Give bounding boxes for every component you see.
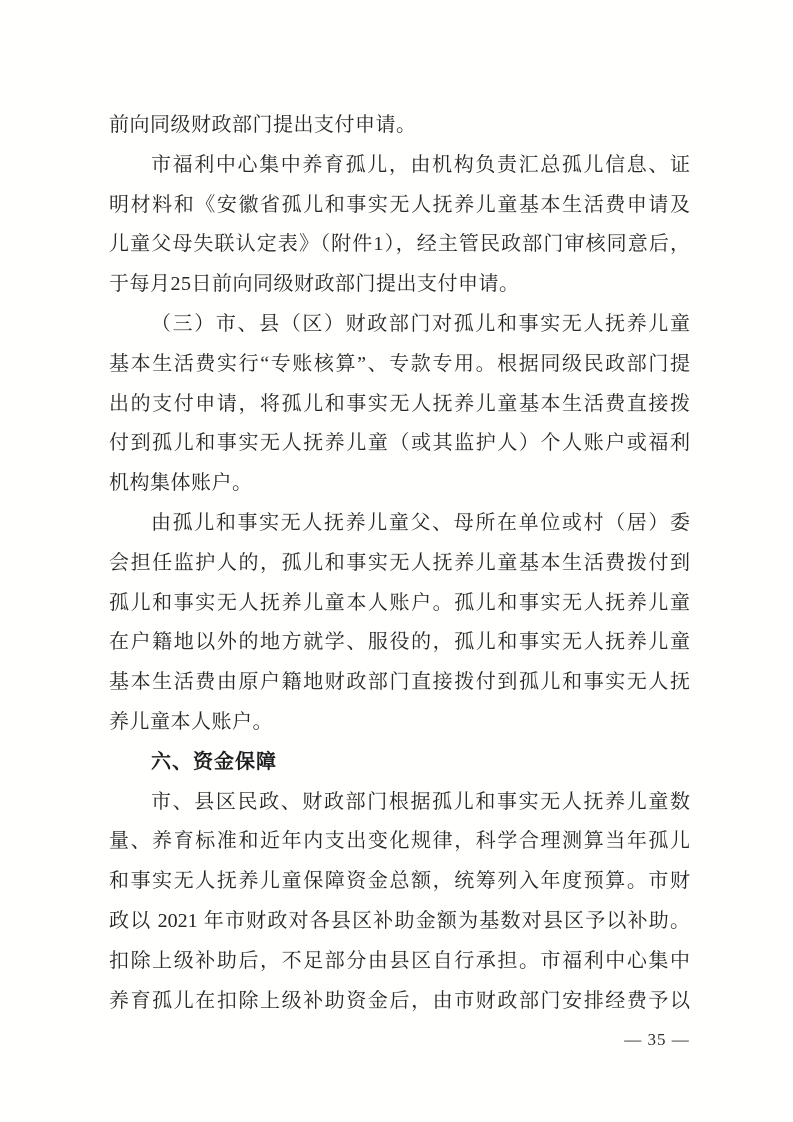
- text-line: 机构集体账户。: [109, 464, 690, 504]
- text-line: 基本生活费实行“专账核算”、专款专用。根据同级民政部门提: [109, 345, 690, 385]
- text-line: （三）市、县（区）财政部门对孤儿和事实无人抚养儿童: [109, 305, 690, 345]
- text-line: 市福利中心集中养育孤儿，由机构负责汇总孤儿信息、证: [109, 146, 690, 186]
- document-body: 前向同级财政部门提出支付申请。 市福利中心集中养育孤儿，由机构负责汇总孤儿信息、…: [109, 106, 690, 1021]
- section-heading: 六、资金保障: [109, 743, 690, 783]
- text-line: 孤儿和事实无人抚养儿童本人账户。孤儿和事实无人抚养儿童: [109, 584, 690, 624]
- page-number: — 35 —: [614, 1028, 700, 1052]
- text-line: 政以 2021 年市财政对各县区补助金额为基数对县区予以补助。: [109, 902, 690, 942]
- text-line: 于每月25日前向同级财政部门提出支付申请。: [109, 265, 690, 305]
- text-line: 在户籍地以外的地方就学、服役的，孤儿和事实无人抚养儿童: [109, 623, 690, 663]
- text-line: 基本生活费由原户籍地财政部门直接拨付到孤儿和事实无人抚: [109, 663, 690, 703]
- document-page: 前向同级财政部门提出支付申请。 市福利中心集中养育孤儿，由机构负责汇总孤儿信息、…: [0, 0, 793, 1122]
- text-line: 出的支付申请，将孤儿和事实无人抚养儿童基本生活费直接拨: [109, 385, 690, 425]
- text-line: 养育孤儿在扣除上级补助资金后，由市财政部门安排经费予以: [109, 982, 690, 1022]
- text-line: 由孤儿和事实无人抚养儿童父、母所在单位或村（居）委: [109, 504, 690, 544]
- text-line: 明材料和《安徽省孤儿和事实无人抚养儿童基本生活费申请及: [109, 186, 690, 226]
- text-line: 量、养育标准和近年内支出变化规律，科学合理测算当年孤儿: [109, 822, 690, 862]
- text-line: 付到孤儿和事实无人抚养儿童（或其监护人）个人账户或福利: [109, 424, 690, 464]
- text-line: 前向同级财政部门提出支付申请。: [109, 106, 690, 146]
- text-line: 市、县区民政、财政部门根据孤儿和事实无人抚养儿童数: [109, 783, 690, 823]
- text-line: 和事实无人抚养儿童保障资金总额，统筹列入年度预算。市财: [109, 862, 690, 902]
- text-line: 儿童父母失联认定表》（附件1），经主管民政部门审核同意后，: [109, 225, 690, 265]
- text-line: 会担任监护人的，孤儿和事实无人抚养儿童基本生活费拨付到: [109, 544, 690, 584]
- text-line: 养儿童本人账户。: [109, 703, 690, 743]
- text-line: 扣除上级补助后，不足部分由县区自行承担。市福利中心集中: [109, 942, 690, 982]
